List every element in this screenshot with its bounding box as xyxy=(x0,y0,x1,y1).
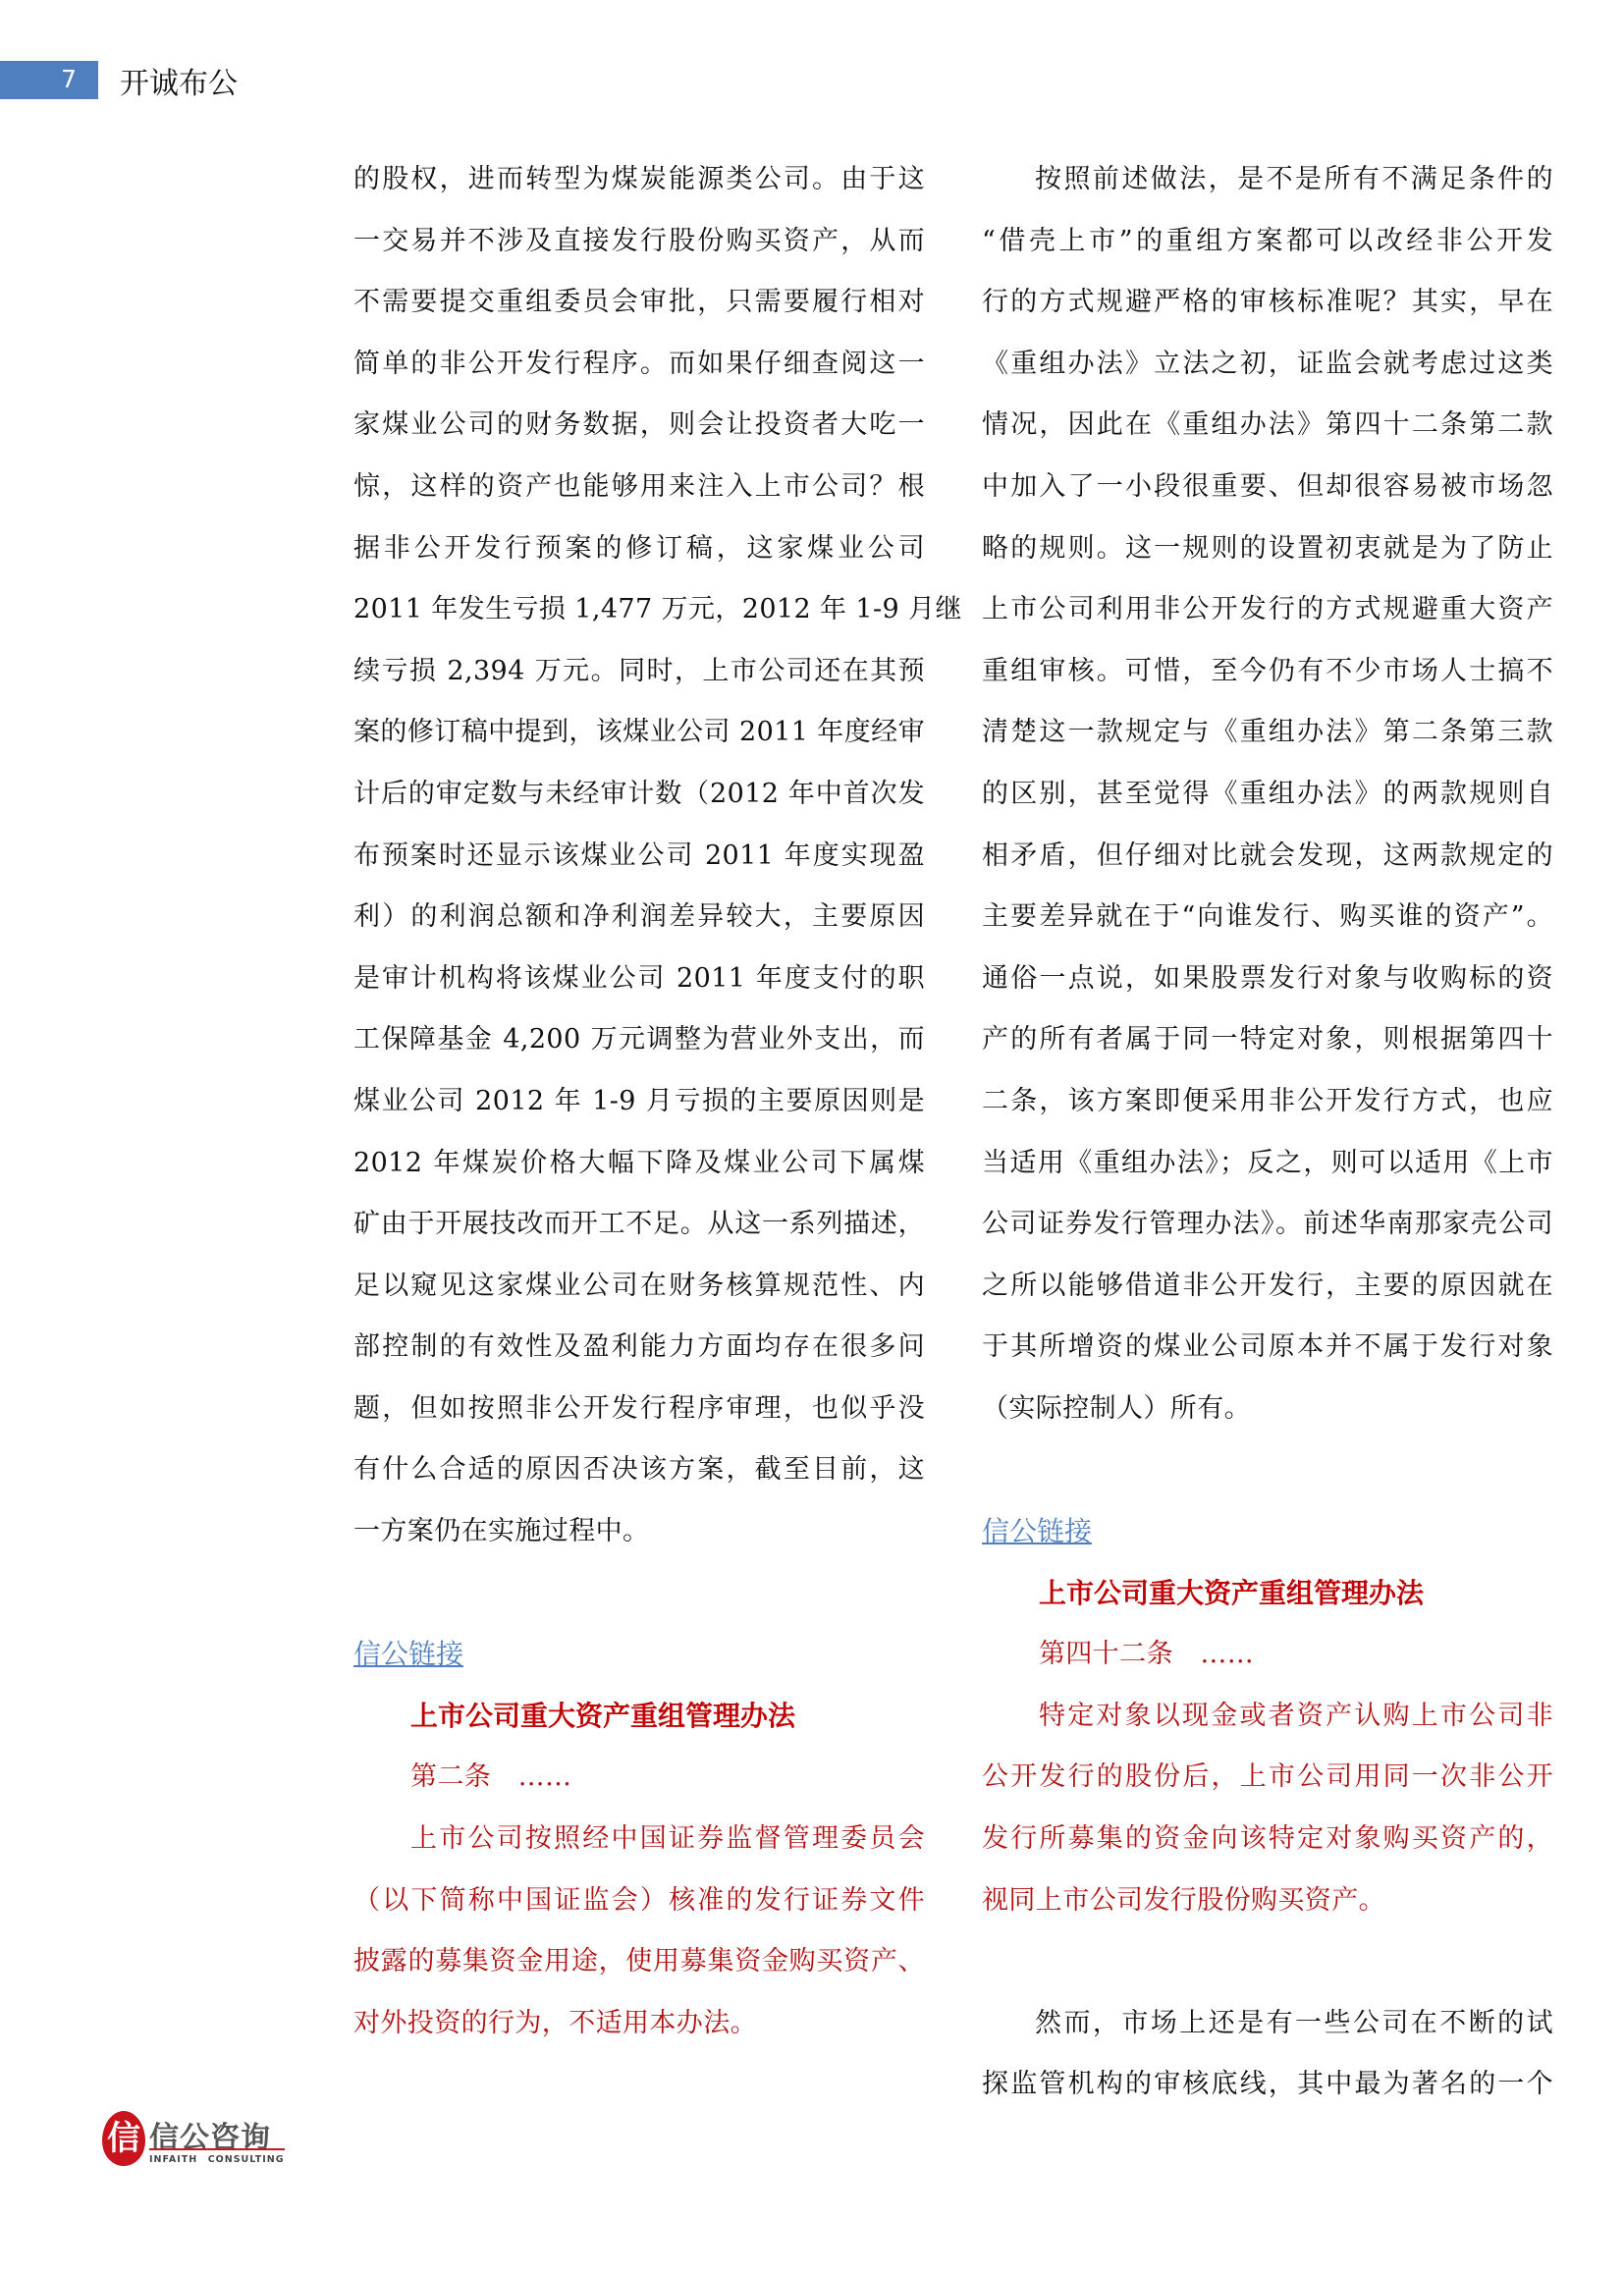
page-number-bar: 7 xyxy=(0,61,98,99)
right-paragraph-1: 按照前述做法，是不是所有不满足条件的 “借壳上市”的重组方案都可以改经非公开发 … xyxy=(982,149,1553,1439)
law-text-line: 特定对象以现金或者资产认购上市公司非 xyxy=(982,1686,1553,1748)
text-line: 工保障基金 4,200 万元调整为营业外支出，而 xyxy=(353,1009,925,1071)
law-text-line: 披露的募集资金用途，使用募集资金购买资产、 xyxy=(353,1931,925,1993)
text-line: 家煤业公司的财务数据，则会让投资者大吃一 xyxy=(353,395,925,457)
text-line: 按照前述做法，是不是所有不满足条件的 xyxy=(982,149,1553,211)
law-title-left: 上市公司重大资产重组管理办法 xyxy=(353,1686,925,1748)
text-line: 略的规则。这一规则的设置初衷就是为了防止 xyxy=(982,518,1553,580)
text-line: 相矛盾，但仔细对比就会发现，这两款规定的 xyxy=(982,826,1553,888)
text-line: 通俗一点说，如果股票发行对象与收购标的资 xyxy=(982,948,1553,1010)
text-line: 之所以能够借道非公开发行，主要的原因就在 xyxy=(982,1256,1553,1318)
text-line: 矿由于开展技改而开工不足。从这一系列描述， xyxy=(353,1194,925,1256)
text-line: 清楚这一款规定与《重组办法》第二条第三款 xyxy=(982,702,1553,764)
text-line: 题，但如按照非公开发行程序审理，也似乎没 xyxy=(353,1379,925,1440)
section-title: 开诚布公 xyxy=(120,59,238,102)
text-line: “借壳上市”的重组方案都可以改经非公开发 xyxy=(982,211,1553,273)
text-line: 重组审核。可惜，至今仍有不少市场人士搞不 xyxy=(982,641,1553,703)
logo-divider xyxy=(149,2148,285,2150)
text-line: 简单的非公开发行程序。而如果仔细查阅这一 xyxy=(353,334,925,396)
text-line: 煤业公司 2012 年 1-9 月亏损的主要原因则是 xyxy=(353,1071,925,1133)
law-text-line: 公开发行的股份后，上市公司用同一次非公开 xyxy=(982,1747,1553,1809)
law-box-left: 第二条 …… 上市公司按照经中国证券监督管理委员会 （以下简称中国证监会）核准的… xyxy=(353,1747,925,2054)
infaith-logo: 信 信公咨询 INFAITH CONSULTING xyxy=(102,2111,289,2180)
text-line: 一方案仍在实施过程中。 xyxy=(353,1501,925,1563)
text-line: 据非公开发行预案的修订稿，这家煤业公司 xyxy=(353,518,925,580)
text-line: 然而，市场上还是有一些公司在不断的试 xyxy=(982,1993,1553,2055)
logo-name-en: INFAITH CONSULTING xyxy=(149,2151,285,2165)
text-line: 足以窥见这家煤业公司在财务核算规范性、内 xyxy=(353,1256,925,1318)
law-text-line: （以下简称中国证监会）核准的发行证券文件 xyxy=(353,1870,925,1932)
text-line: 2012 年煤炭价格大幅下降及煤业公司下属煤 xyxy=(353,1133,925,1195)
law-text-line: 上市公司按照经中国证券监督管理委员会 xyxy=(353,1809,925,1870)
text-line: 当适用《重组办法》；反之，则可以适用《上市 xyxy=(982,1133,1553,1195)
law-text-line: 对外投资的行为，不适用本办法。 xyxy=(353,1993,925,2055)
text-line: 有什么合适的原因否决该方案，截至目前，这 xyxy=(353,1439,925,1501)
left-paragraph-1: 的股权，进而转型为煤炭能源类公司。由于这 一交易并不涉及直接发行股份购买资产，从… xyxy=(353,149,925,1563)
text-line: 产的所有者属于同一特定对象，则根据第四十 xyxy=(982,1009,1553,1071)
text-line: 计后的审定数与未经审计数（2012 年中首次发 xyxy=(353,764,925,826)
text-line: 行的方式规避严格的审核标准呢？其实，早在 xyxy=(982,272,1553,334)
text-line: 公司证券发行管理办法》。前述华南那家壳公司 xyxy=(982,1194,1553,1256)
text-line: 《重组办法》立法之初，证监会就考虑过这类 xyxy=(982,334,1553,396)
left-column: 的股权，进而转型为煤炭能源类公司。由于这 一交易并不涉及直接发行股份购买资产，从… xyxy=(353,149,925,2054)
page-number: 7 xyxy=(61,65,77,93)
text-line: 惊，这样的资产也能够用来注入上市公司？根 xyxy=(353,457,925,518)
text-line: 探监管机构的审核底线，其中最为著名的一个 xyxy=(982,2054,1553,2116)
text-line: 一交易并不涉及直接发行股份购买资产，从而 xyxy=(353,211,925,273)
text-line: 的区别，甚至觉得《重组办法》的两款规则自 xyxy=(982,764,1553,826)
text-line: 主要差异就在于“向谁发行、购买谁的资产”。 xyxy=(982,887,1553,948)
spacer xyxy=(353,1563,925,1625)
xingong-link-left[interactable]: 信公链接 xyxy=(353,1624,463,1686)
text-line: 不需要提交重组委员会审批，只需要履行相对 xyxy=(353,272,925,334)
spacer xyxy=(982,1439,1553,1501)
text-line: 利）的利润总额和净利润差异较大，主要原因 xyxy=(353,887,925,948)
text-line: 于其所增资的煤业公司原本并不属于发行对象 xyxy=(982,1317,1553,1379)
text-line: 布预案时还显示该煤业公司 2011 年度实现盈 xyxy=(353,826,925,888)
text-line: 的股权，进而转型为煤炭能源类公司。由于这 xyxy=(353,149,925,211)
law-title-right: 上市公司重大资产重组管理办法 xyxy=(982,1563,1553,1625)
xingong-link-right[interactable]: 信公链接 xyxy=(982,1501,1092,1563)
law-article: 第二条 …… xyxy=(353,1747,925,1809)
law-text-line: 视同上市公司发行股份购买资产。 xyxy=(982,1870,1553,1932)
text-line: 上市公司利用非公开发行的方式规避重大资产 xyxy=(982,579,1553,641)
text-line: 2011 年发生亏损 1,477 万元，2012 年 1-9 月继 xyxy=(353,579,925,641)
text-line: 续亏损 2,394 万元。同时，上市公司还在其预 xyxy=(353,641,925,703)
right-paragraph-2: 然而，市场上还是有一些公司在不断的试 探监管机构的审核底线，其中最为著名的一个 xyxy=(982,1993,1553,2116)
right-column: 按照前述做法，是不是所有不满足条件的 “借壳上市”的重组方案都可以改经非公开发 … xyxy=(982,149,1553,2116)
text-line: （实际控制人）所有。 xyxy=(982,1379,1553,1440)
logo-mark-icon: 信 xyxy=(102,2111,145,2166)
law-article: 第四十二条 …… xyxy=(982,1624,1553,1686)
text-line: 是审计机构将该煤业公司 2011 年度支付的职 xyxy=(353,948,925,1010)
law-text-line: 发行所募集的资金向该特定对象购买资产的， xyxy=(982,1809,1553,1870)
spacer xyxy=(982,1931,1553,1993)
text-line: 部控制的有效性及盈利能力方面均存在很多问 xyxy=(353,1317,925,1379)
text-line: 案的修订稿中提到，该煤业公司 2011 年度经审 xyxy=(353,702,925,764)
text-line: 中加入了一小段很重要、但却很容易被市场忽 xyxy=(982,457,1553,518)
law-box-right: 第四十二条 …… 特定对象以现金或者资产认购上市公司非 公开发行的股份后，上市公… xyxy=(982,1624,1553,1931)
text-line: 二条，该方案即便采用非公开发行方式，也应 xyxy=(982,1071,1553,1133)
text-line: 情况，因此在《重组办法》第四十二条第二款 xyxy=(982,395,1553,457)
